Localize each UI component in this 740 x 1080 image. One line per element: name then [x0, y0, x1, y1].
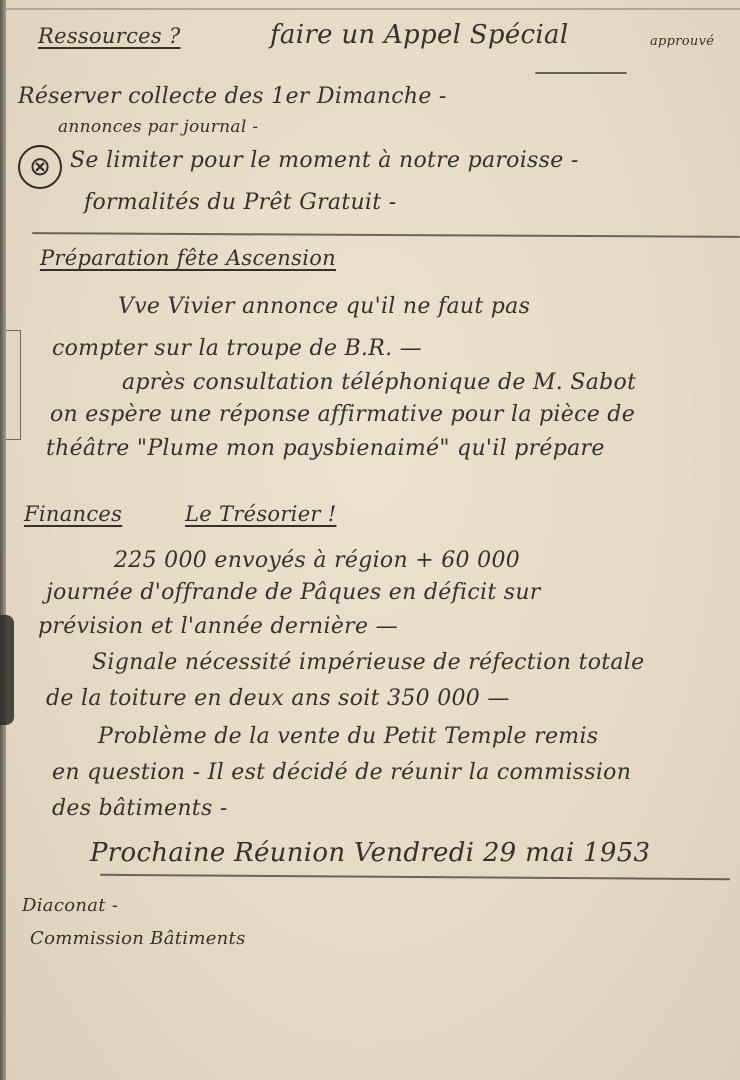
subheading-tresorier: Le Trésorier !: [185, 502, 336, 526]
page-top-edge: [0, 8, 740, 10]
footer-note-commission: Commission Bâtiments: [30, 928, 246, 949]
ressources-line-1: Réserver collecte des 1er Dimanche -: [18, 84, 447, 109]
finances-line-1: 225 000 envoyés à région + 60 000: [114, 548, 520, 573]
margin-tab-mark: [6, 330, 21, 440]
heading-finances: Finances: [24, 502, 122, 526]
underline-special: [535, 72, 627, 74]
crossed-circle-marker-icon: ⊗: [18, 145, 62, 189]
finances-line-7: en question - Il est décidé de réunir la…: [52, 760, 631, 785]
headline-appel-special: faire un Appel Spécial: [270, 20, 568, 50]
binding-edge: [0, 0, 6, 1080]
preparation-line-4: on espère une réponse affirmative pour l…: [50, 402, 635, 427]
finances-line-8: des bâtiments -: [52, 796, 228, 821]
preparation-line-5: théâtre "Plume mon paysbienaimé" qu'il p…: [46, 436, 605, 461]
ressources-line-2: annonces par journal -: [58, 117, 258, 137]
notebook-page: Ressources ? faire un Appel Spécial appr…: [0, 0, 740, 1080]
heading-preparation: Préparation fête Ascension: [40, 246, 336, 270]
finances-line-3: prévision et l'année dernière —: [38, 614, 398, 639]
heading-ressources: Ressources ?: [38, 24, 181, 48]
ressources-line-3: Se limiter pour le moment à notre parois…: [70, 148, 579, 173]
preparation-line-1: Vve Vivier annonce qu'il ne faut pas: [118, 294, 530, 319]
margin-note-approuve: approuvé: [650, 34, 714, 49]
next-meeting: Prochaine Réunion Vendredi 29 mai 1953: [90, 838, 650, 868]
finances-line-5: de la toiture en deux ans soit 350 000 —: [46, 686, 510, 711]
binding-shadow: [0, 615, 14, 725]
finances-line-6: Problème de la vente du Petit Temple rem…: [98, 724, 598, 749]
preparation-line-3: après consultation téléphonique de M. Sa…: [122, 370, 636, 395]
finances-line-4: Signale nécessité impérieuse de réfectio…: [92, 650, 644, 675]
footer-note-diaconat: Diaconat -: [22, 895, 118, 916]
finances-line-2: journée d'offrande de Pâques en déficit …: [46, 580, 541, 605]
preparation-line-2: compter sur la troupe de B.R. —: [52, 336, 422, 361]
ressources-line-4: formalités du Prêt Gratuit -: [84, 190, 396, 215]
section-divider: [32, 232, 740, 238]
next-meeting-underline: [100, 874, 730, 880]
